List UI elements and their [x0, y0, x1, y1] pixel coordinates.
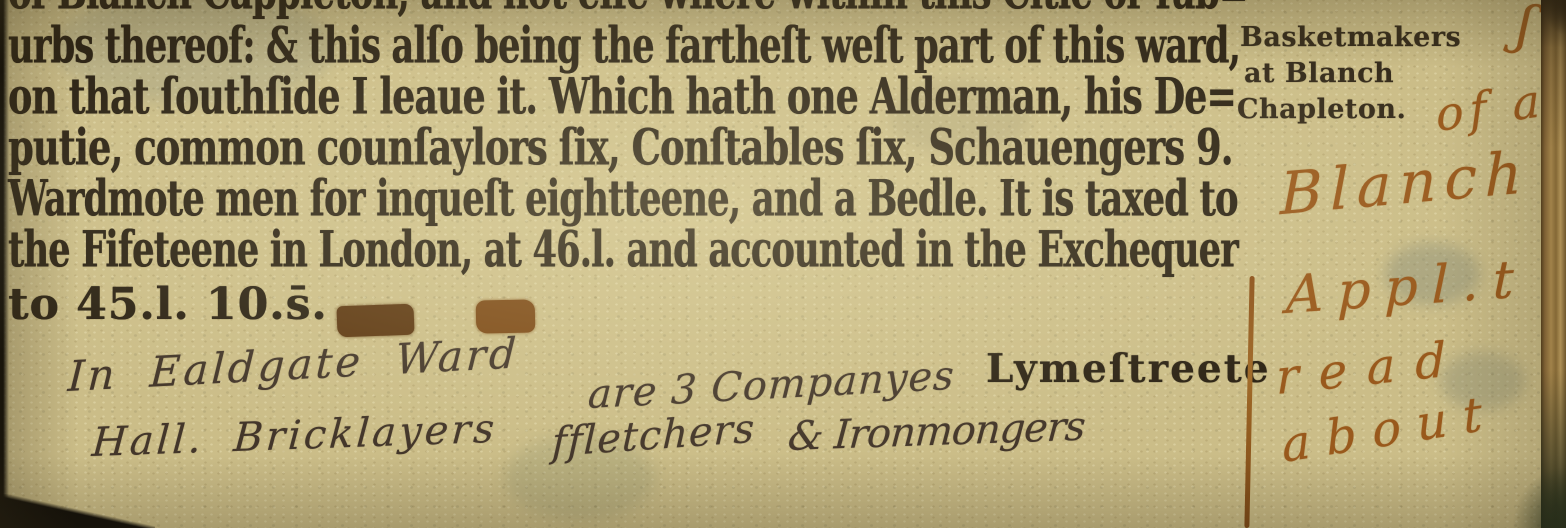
printed-line-4: putie, common counſaylors ſix, Conſtable… — [8, 121, 1233, 177]
photo-dark-corner — [1478, 428, 1566, 528]
printed-line-7: to 45.l. 10.s̄. — [8, 280, 328, 330]
book-page-photo: of Blanch Cappleton, and not elſe where … — [0, 0, 1566, 528]
ink-smudge — [336, 304, 414, 338]
printed-side-note-line: Chapleton. — [1237, 94, 1406, 125]
handwritten-note: & Ironmongers — [786, 404, 1086, 460]
photo-dark-corner — [0, 494, 155, 528]
printed-line-6: the Fifeteene in London, at 46.l. and ac… — [8, 223, 1238, 279]
printed-side-note-line: at Blanch — [1244, 58, 1394, 89]
printed-side-heading: Lymeſtreete — [986, 346, 1271, 392]
photo-dark-edge — [0, 0, 9, 528]
photo-dark-corner — [1534, 0, 1566, 52]
handwritten-note: are 3 Companyes — [587, 353, 956, 418]
margin-annotation: Blanch — [1280, 138, 1530, 228]
margin-annotation: Appl.t — [1285, 249, 1528, 326]
printed-line-2: urbs thereof: & this alſo being the fart… — [8, 19, 1240, 75]
margin-annotation: of a — [1435, 73, 1548, 143]
printed-line-5: Wardmote men for inqueſt eightteene, and… — [8, 172, 1238, 228]
printed-line-3: on that ſouthſide I leaue it. Which hath… — [8, 70, 1236, 126]
handwritten-note: In Ealdgate Ward — [67, 328, 521, 401]
margin-ink-rule — [1244, 276, 1254, 528]
handwritten-note: Hall. Bricklayers — [90, 406, 498, 466]
printed-side-note-line: Basketmakers — [1240, 22, 1461, 53]
handwritten-note: ffletchers — [551, 406, 756, 466]
ink-smudge — [476, 299, 536, 333]
